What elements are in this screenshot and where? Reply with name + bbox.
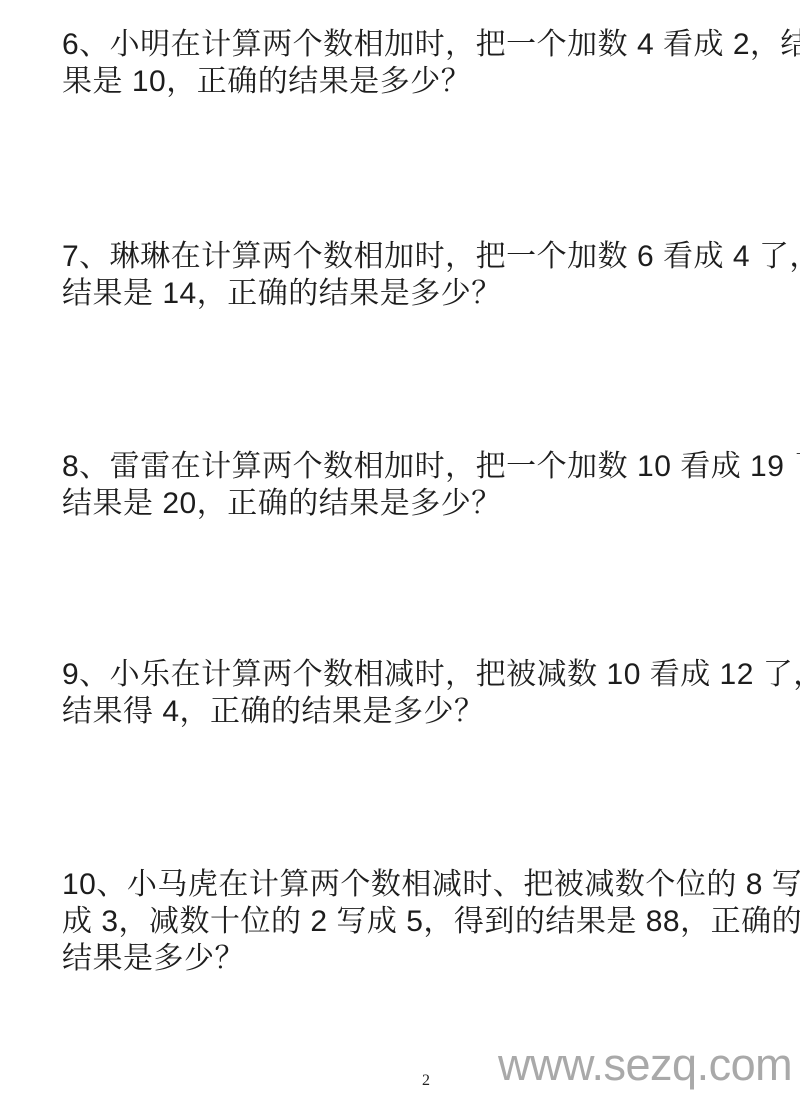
question-6-line-1: 6、小明在计算两个数相加时，把一个加数 4 看成 2，结 [62,26,780,63]
question-8-line-2: 结果是 20，正确的结果是多少？ [62,485,780,522]
question-9-line-1: 9、小乐在计算两个数相减时，把被减数 10 看成 12 了， [62,656,780,693]
question-8-line-1: 8、雷雷在计算两个数相加时，把一个加数 10 看成 19 了， [62,448,780,485]
worksheet-page: 6、小明在计算两个数相加时，把一个加数 4 看成 2，结 果是 10，正确的结果… [0,0,800,1118]
question-10: 10、小马虎在计算两个数相减时、把被减数个位的 8 写 成 3，减数十位的 2 … [62,866,780,977]
page-number: 2 [418,1072,434,1090]
question-6: 6、小明在计算两个数相加时，把一个加数 4 看成 2，结 果是 10，正确的结果… [62,26,780,100]
question-7-line-2: 结果是 14，正确的结果是多少？ [62,275,780,312]
question-9-line-2: 结果得 4，正确的结果是多少？ [62,693,780,730]
question-7-line-1: 7、琳琳在计算两个数相加时，把一个加数 6 看成 4 了， [62,238,780,275]
watermark: www.sezq.com [498,1042,792,1087]
question-6-line-2: 果是 10，正确的结果是多少？ [62,63,780,100]
question-10-line-2: 成 3，减数十位的 2 写成 5，得到的结果是 88，正确的 [62,903,780,940]
question-8: 8、雷雷在计算两个数相加时，把一个加数 10 看成 19 了， 结果是 20，正… [62,448,780,522]
question-10-line-3: 结果是多少？ [62,940,780,977]
question-9: 9、小乐在计算两个数相减时，把被减数 10 看成 12 了， 结果得 4，正确的… [62,656,780,730]
question-10-line-1: 10、小马虎在计算两个数相减时、把被减数个位的 8 写 [62,866,780,903]
question-7: 7、琳琳在计算两个数相加时，把一个加数 6 看成 4 了， 结果是 14，正确的… [62,238,780,312]
